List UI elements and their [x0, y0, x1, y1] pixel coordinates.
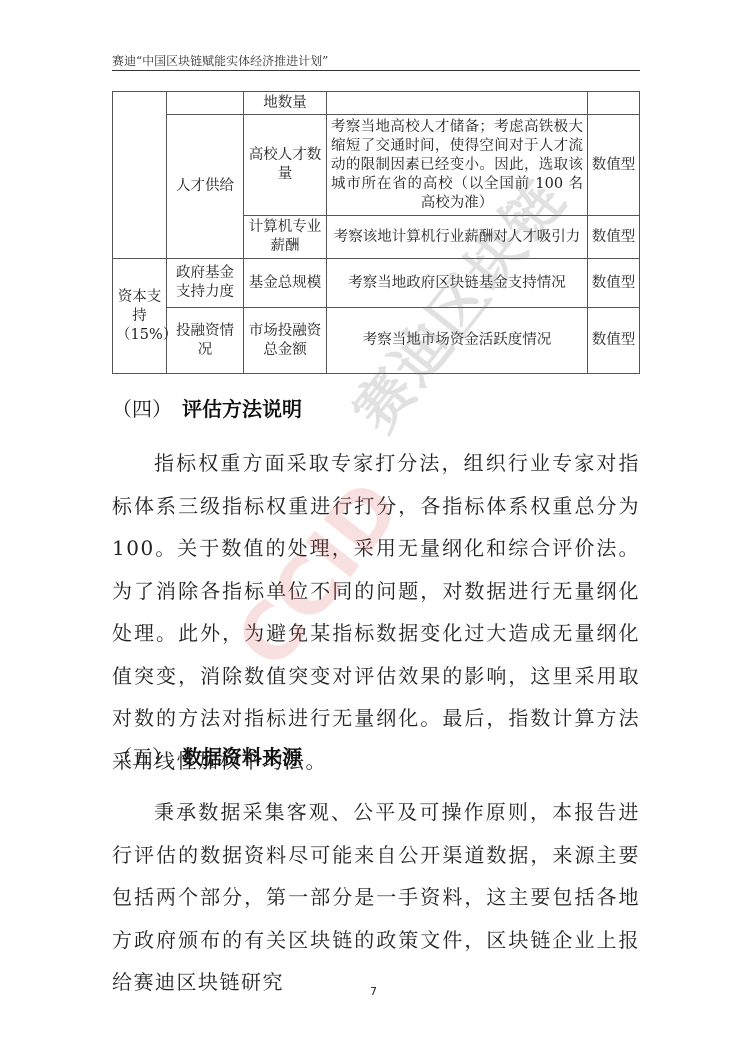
table-cell: 数值型	[588, 115, 640, 216]
table-cell	[588, 92, 640, 115]
table-row: 资本支持（15%） 政府基金支持力度 基金总规模 考察当地政府区块链基金支持情况…	[113, 259, 640, 308]
table-cell: 高校人才数量	[244, 115, 327, 216]
section-title: 数据资料来源	[182, 745, 302, 769]
table-cell: 人才供给	[167, 115, 244, 259]
table-cell: 考察该地计算机行业薪酬对人才吸引力	[327, 216, 588, 259]
table-row: 投融资情况 市场投融资总金额 考察当地市场资金活跃度情况 数值型	[113, 308, 640, 374]
indicator-table: 地数量 人才供给 高校人才数量 考察当地高校人才储备；考虑高铁极大缩短了交通时间…	[112, 91, 640, 374]
table-row: 地数量	[113, 92, 640, 115]
section-number: （五）	[112, 745, 172, 769]
table-row: 人才供给 高校人才数量 考察当地高校人才储备；考虑高铁极大缩短了交通时间，使得空…	[113, 115, 640, 216]
section-title: 评估方法说明	[182, 397, 302, 421]
table-cell: 数值型	[588, 216, 640, 259]
table-cell: 地数量	[244, 92, 327, 115]
table-cell: 政府基金支持力度	[167, 259, 244, 308]
table-cell: 数值型	[588, 308, 640, 374]
table-cell: 计算机专业薪酬	[244, 216, 327, 259]
body-paragraph: 指标权重方面采取专家打分法，组织行业专家对指标体系三级指标权重进行打分，各指标体…	[112, 442, 640, 782]
document-page: 赛迪“中国区块链赋能实体经济推进计划” 地数量 人才供给 高校人才数量 考察当地…	[0, 0, 750, 1061]
section-heading: （五）数据资料来源	[112, 744, 302, 770]
table-cell	[167, 92, 244, 115]
section-heading: （四）评估方法说明	[112, 396, 302, 422]
page-number: 7	[370, 985, 377, 998]
table-cell: 投融资情况	[167, 308, 244, 374]
table-cell: 考察当地政府区块链基金支持情况	[327, 259, 588, 308]
running-header: 赛迪“中国区块链赋能实体经济推进计划”	[112, 54, 640, 69]
table-cell: 考察当地市场资金活跃度情况	[327, 308, 588, 374]
table-cell: 资本支持（15%）	[113, 259, 167, 374]
table-cell: 市场投融资总金额	[244, 308, 327, 374]
table-cell	[113, 92, 167, 259]
header-rule	[112, 70, 640, 71]
table-cell: 考察当地高校人才储备；考虑高铁极大缩短了交通时间，使得空间对于人才流动的限制因素…	[327, 115, 588, 216]
table-cell: 数值型	[588, 259, 640, 308]
table-cell	[327, 92, 588, 115]
section-number: （四）	[112, 397, 172, 421]
body-paragraph: 秉承数据采集客观、公平及可操作原则，本报告进行评估的数据资料尽可能来自公开渠道数…	[112, 791, 640, 1004]
table-cell: 基金总规模	[244, 259, 327, 308]
